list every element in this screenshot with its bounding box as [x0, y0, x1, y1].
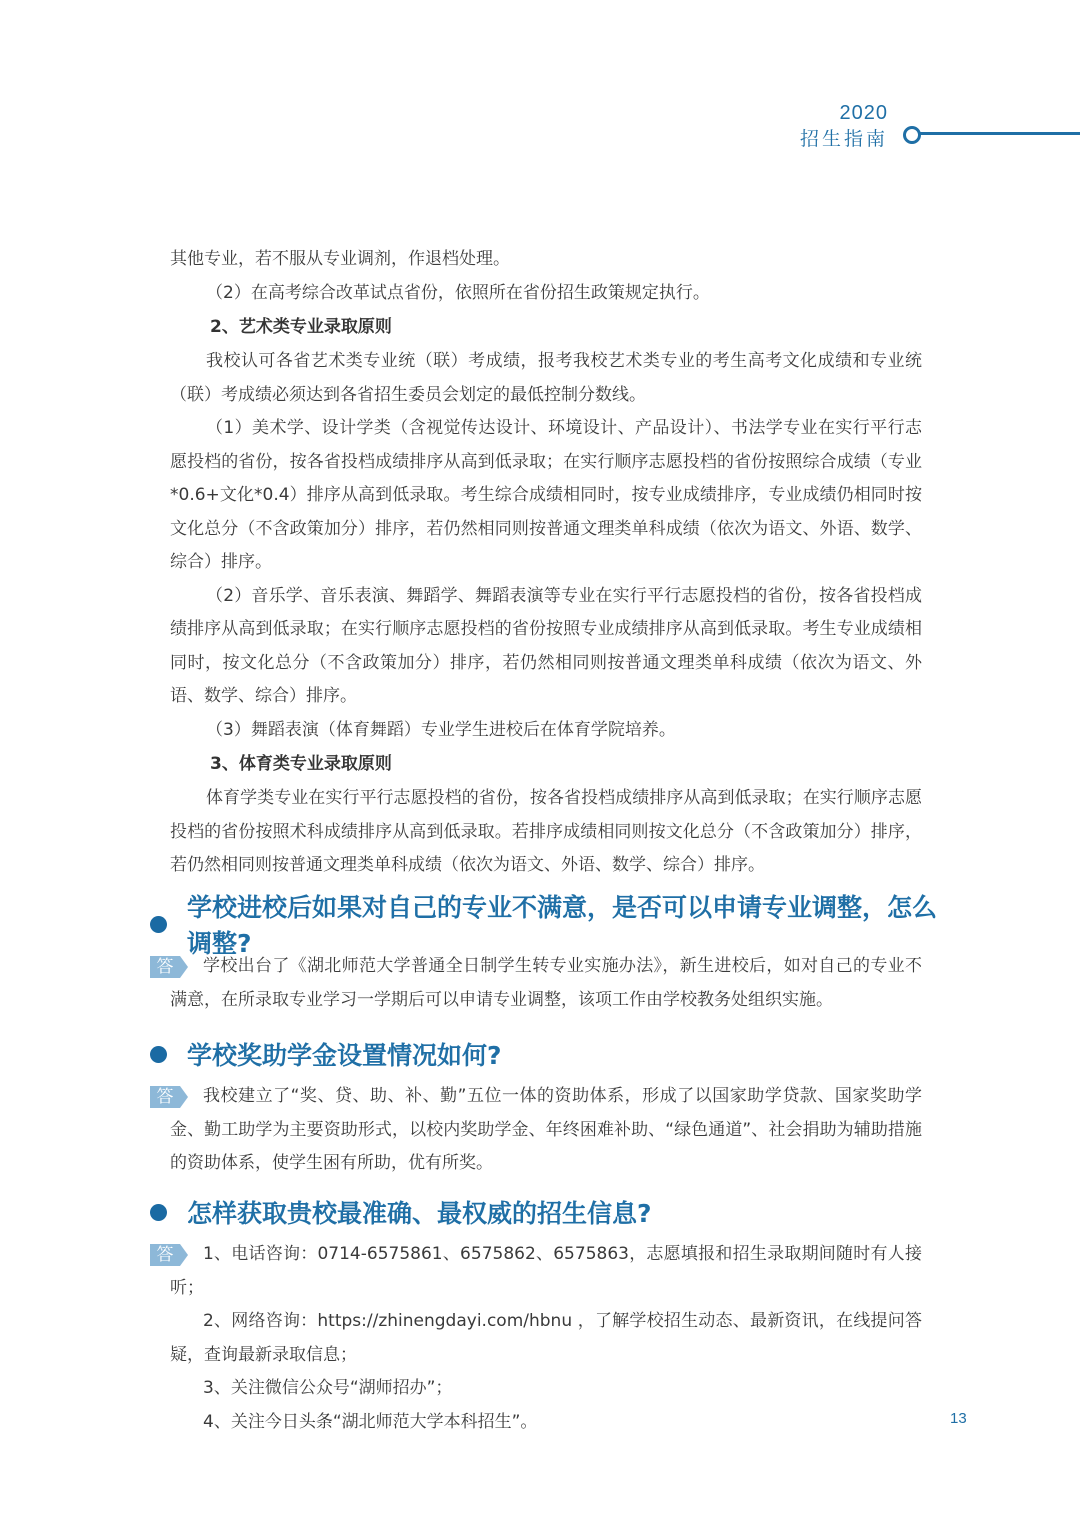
page-header: 2020 招生指南 — [780, 100, 1080, 160]
bullet-icon — [150, 916, 167, 933]
header-rule — [919, 132, 1080, 135]
paragraph: 其他专业，若不服从专业调剂，作退档处理。 — [170, 243, 922, 277]
faq-question: 学校进校后如果对自己的专业不满意，是否可以申请专业调整，怎么调整? — [150, 904, 950, 944]
faq-question: 学校奖助学金设置情况如何? — [150, 1034, 950, 1074]
paragraph: （1）美术学、设计学类（含视觉传达设计、环境设计、产品设计）、书法学专业在实行平… — [170, 412, 922, 580]
faq-item: 学校奖助学金设置情况如何? 答 我校建立了“奖、贷、助、补、勤”五位一体的资助体… — [150, 1034, 950, 1181]
contact-web: 2、网络咨询：https://zhinengdayi.com/hbnu ，了解学… — [170, 1305, 922, 1372]
header-title: 招生指南 — [800, 124, 888, 151]
paragraph: 体育学类专业在实行平行志愿投档的省份，按各省投档成绩排序从高到低录取；在实行顺序… — [170, 782, 922, 883]
circle-marker-icon — [903, 126, 921, 144]
paragraph: （2）在高考综合改革试点省份，依照所在省份招生政策规定执行。 — [170, 277, 922, 311]
faq-question: 怎样获取贵校最准确、最权威的招生信息? — [150, 1192, 950, 1232]
bullet-icon — [150, 1204, 167, 1221]
bullet-icon — [150, 1046, 167, 1063]
pe-rules-heading: 3、体育类专业录取原则 — [170, 747, 922, 782]
header-year: 2020 — [840, 102, 889, 125]
faq-answer: 答 1、电话咨询：0714-6575861、6575862、6575863，志愿… — [150, 1238, 922, 1439]
answer-badge-icon: 答 — [150, 956, 190, 978]
page-number: 13 — [950, 1410, 967, 1427]
admission-rules-section: 其他专业，若不服从专业调剂，作退档处理。 （2）在高考综合改革试点省份，依照所在… — [170, 243, 922, 883]
paragraph: （2）音乐学、音乐表演、舞蹈学、舞蹈表演等专业在实行平行志愿投档的省份，按各省投… — [170, 580, 922, 714]
paragraph: 我校认可各省艺术类专业统（联）考成绩，报考我校艺术类专业的考生高考文化成绩和专业… — [170, 345, 922, 412]
answer-badge-icon: 答 — [150, 1244, 190, 1266]
faq-answer: 答 我校建立了“奖、贷、助、补、勤”五位一体的资助体系，形成了以国家助学贷款、国… — [150, 1080, 922, 1181]
faq-answer: 答 学校出台了《湖北师范大学普通全日制学生转专业实施办法》，新生进校后，如对自己… — [150, 950, 922, 1017]
answer-badge-icon: 答 — [150, 1086, 190, 1108]
faq-item: 学校进校后如果对自己的专业不满意，是否可以申请专业调整，怎么调整? 答 学校出台… — [150, 904, 950, 1017]
faq-item: 怎样获取贵校最准确、最权威的招生信息? 答 1、电话咨询：0714-657586… — [150, 1192, 950, 1439]
art-rules-heading: 2、艺术类专业录取原则 — [170, 310, 922, 345]
paragraph: （3）舞蹈表演（体育舞蹈）专业学生进校后在体育学院培养。 — [170, 714, 922, 748]
contact-wechat: 3、关注微信公众号“湖师招办”； — [170, 1372, 922, 1406]
contact-phone: 1、电话咨询：0714-6575861、6575862、6575863，志愿填报… — [170, 1238, 922, 1305]
contact-toutiao: 4、关注今日头条“湖北师范大学本科招生”。 — [170, 1406, 922, 1440]
